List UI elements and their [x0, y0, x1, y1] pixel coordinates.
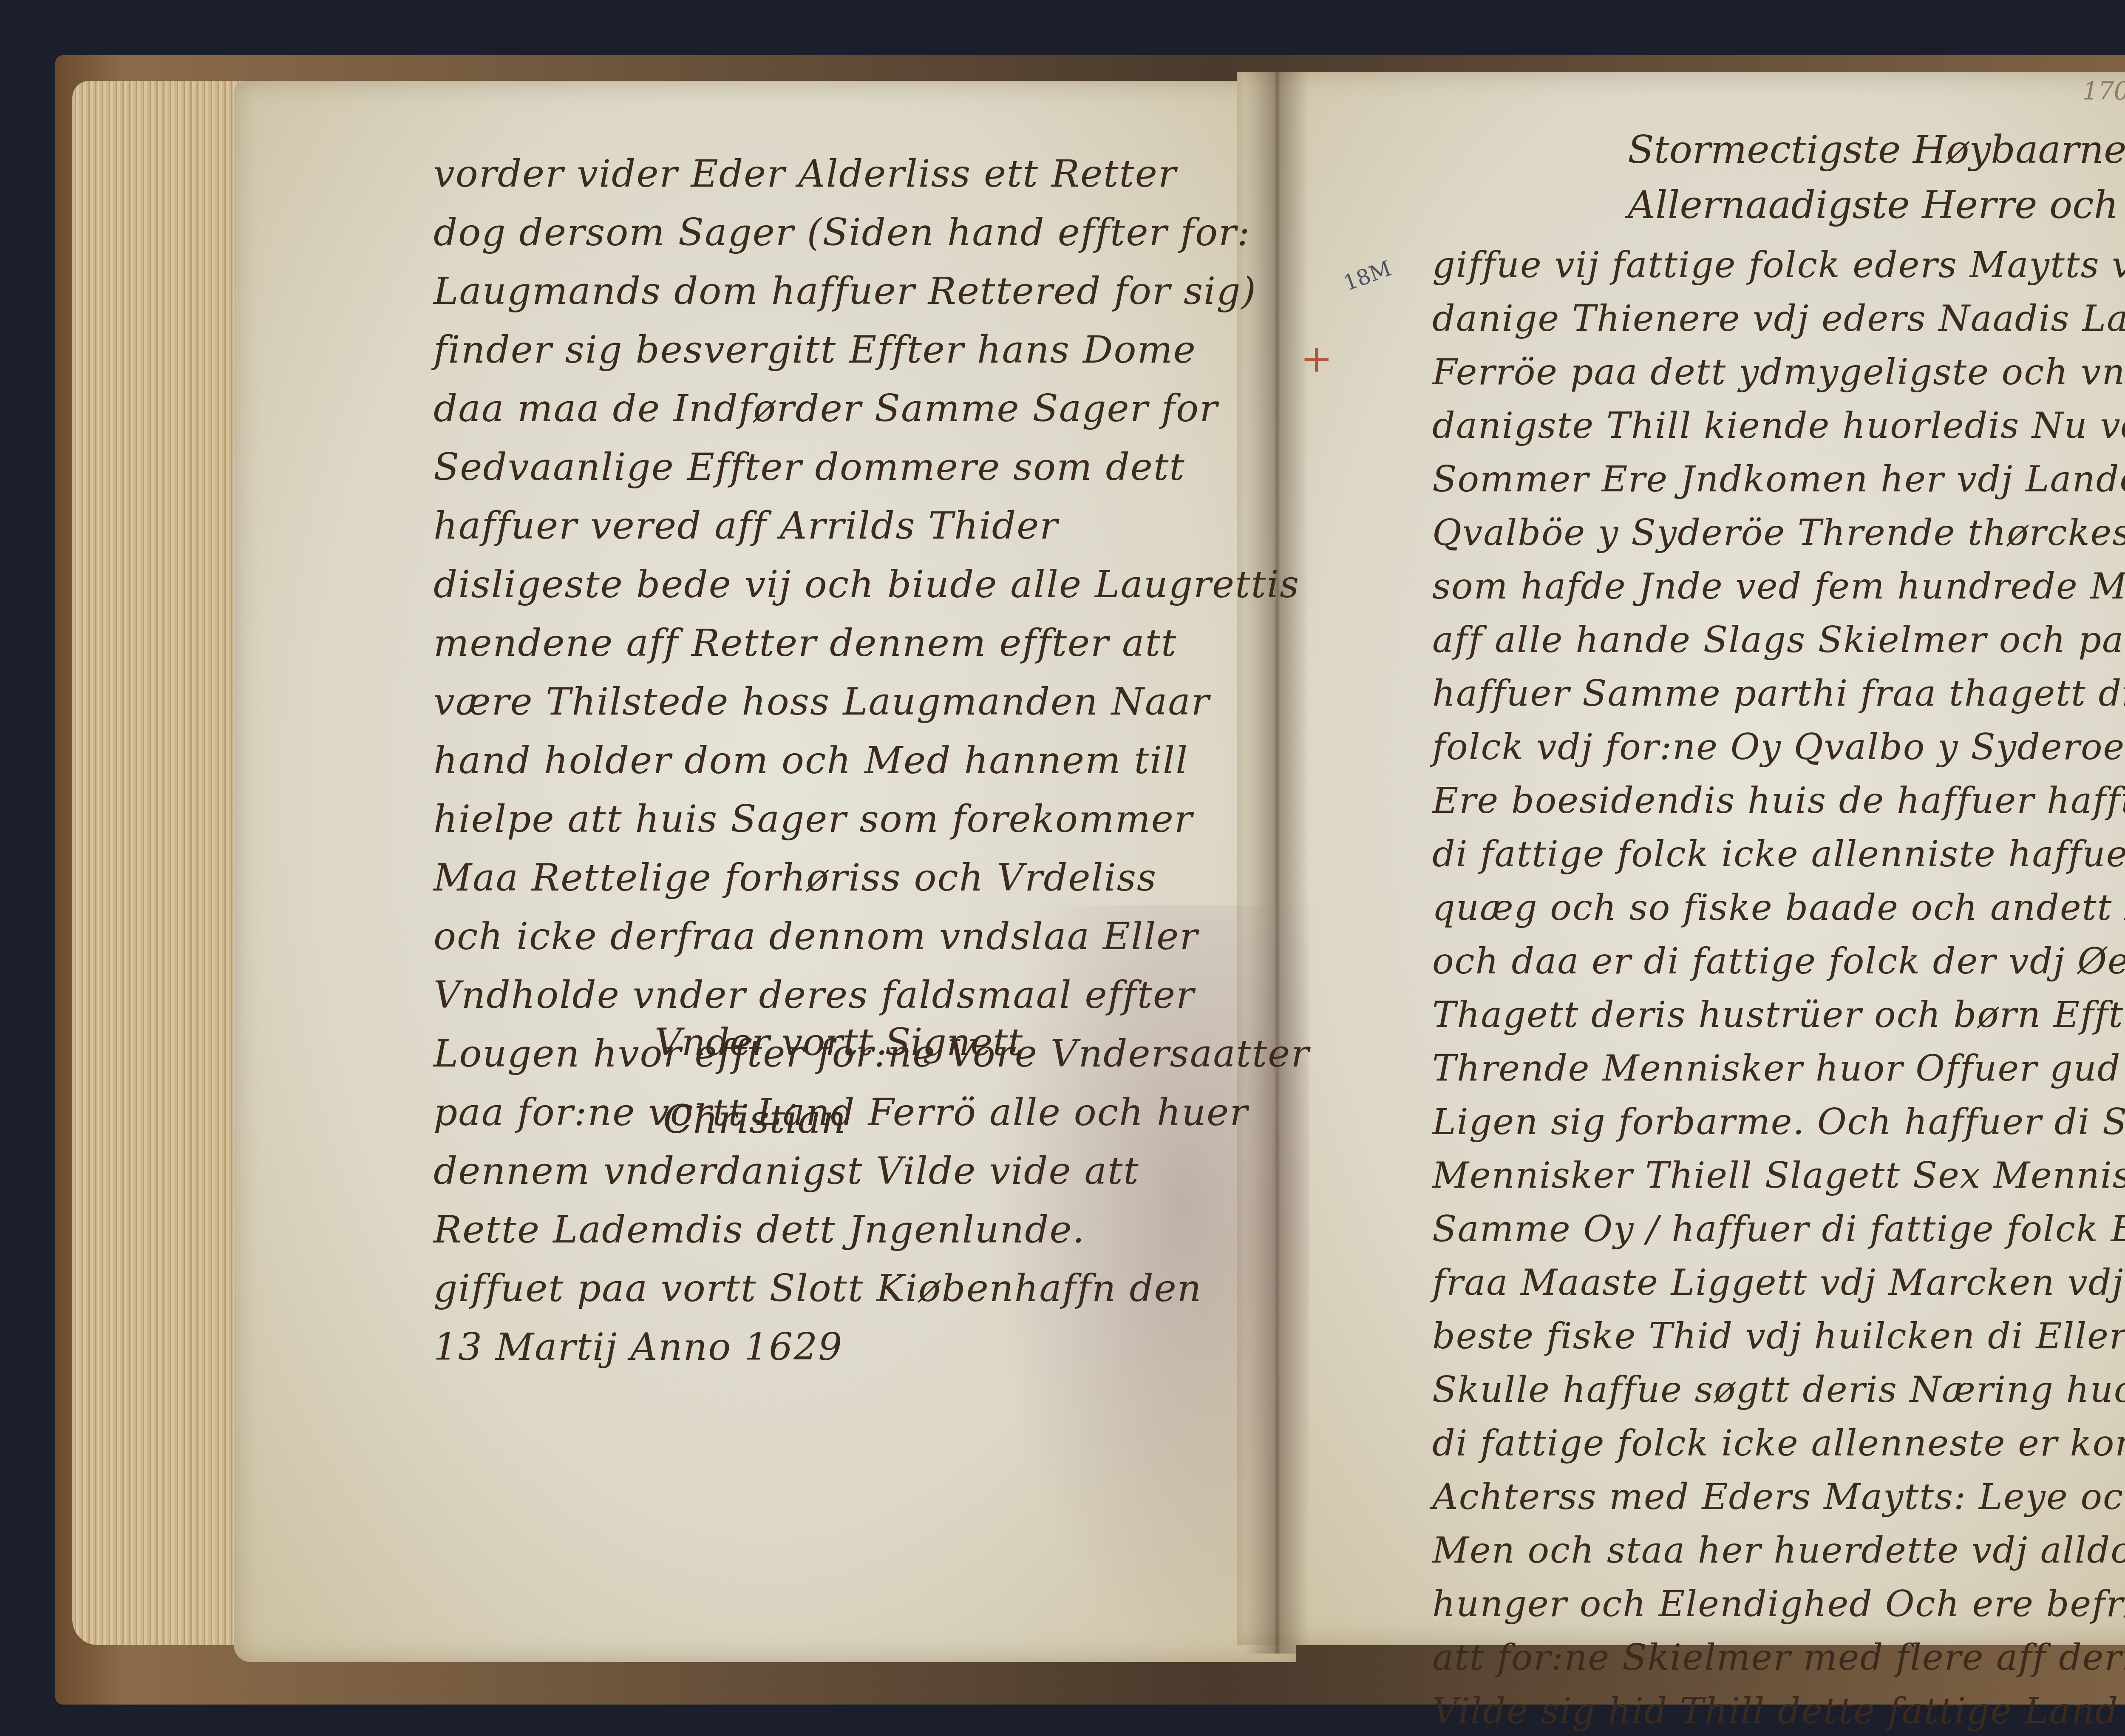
salutation-line-2: Allernaadigste Herre och Konning: [1628, 183, 2125, 227]
left-page-text: vorder vider Eder Alderliss ett Retter d…: [433, 145, 1310, 1376]
manuscript-line: och daa er di fattige folck der vdj Øen …: [1432, 934, 2125, 988]
manuscript-line: haffuer Samme parthi fraa thagett di fat…: [1432, 667, 2125, 720]
manuscript-line: aff alle hande Slags Skielmer och parthi…: [1432, 613, 2125, 667]
manuscript-line: hand holder dom och Med hannem till: [433, 731, 1310, 790]
manuscript-line: Maa Rettelige forhøriss och Vrdeliss: [433, 848, 1310, 907]
manuscript-line: Samme Oy / haffuer di fattige folck Endo…: [1432, 1202, 2125, 1256]
manuscript-line: Thagett deris hustrüer och børn Effter: [1432, 988, 2125, 1041]
manuscript-line: Ligen sig forbarme. Och haffuer di Samme: [1432, 1095, 2125, 1149]
manuscript-line: beste fiske Thid vdj huilcken di Ellers: [1432, 1309, 2125, 1363]
manuscript-line: Vilde sig hid Thill dette fattige Land N…: [1432, 1684, 2125, 1736]
manuscript-line: att for:ne Skielmer med flere aff deriss…: [1432, 1631, 2125, 1684]
manuscript-line: Rette Lademdis dett Jngenlunde.: [433, 1200, 1310, 1259]
manuscript-line: Thrende Mennisker huor Offuer gud Naade: [1432, 1041, 2125, 1095]
manuscript-line: haffuer vered aff Arrilds Thider: [433, 496, 1310, 555]
manuscript-line: Mennisker Thiell Slagett Sex Mennisker v…: [1432, 1149, 2125, 1202]
manuscript-line: di fattige folck icke allenniste haffuer…: [1432, 827, 2125, 881]
manuscript-line: danige Thienere vdj eders Naadis Land oc…: [1432, 292, 2125, 345]
manuscript-line: Ere boesidendis huis de haffuer hafft hu…: [1432, 774, 2125, 827]
manuscript-line: disligeste bede vij och biude alle Laugr…: [433, 555, 1310, 614]
salutation-line-1: Stormectigste Høybaarne Første: [1628, 128, 2125, 172]
manuscript-line: vorder vider Eder Alderliss ett Retter: [433, 145, 1310, 203]
folio-number: 170: [2082, 77, 2125, 105]
right-page-text: giffue vij fattige folck eders Maytts vn…: [1432, 238, 2125, 1736]
manuscript-line: være Thilstede hoss Laugmanden Naar: [433, 672, 1310, 731]
manuscript-line: quæg och so fiske baade och andett Meer …: [1432, 881, 2125, 934]
manuscript-line: Vndholde vnder deres faldsmaal effter: [433, 966, 1310, 1024]
red-cross-mark-icon: +: [1300, 340, 1332, 378]
manuscript-line: paa for:ne vortt Land Ferrö alle och hue…: [433, 1083, 1310, 1142]
manuscript-line: och icke derfraa dennom vndslaa Eller: [433, 907, 1310, 966]
manuscript-line: Sedvaanlige Effter dommere som dett: [433, 438, 1310, 496]
date-line: giffuet paa vortt Slott Kiøbenhaffn den: [433, 1259, 1310, 1318]
manuscript-line: som hafde Jnde ved fem hundrede Mand: [1432, 559, 2125, 613]
manuscript-line: mendene aff Retter dennem effter att: [433, 614, 1310, 672]
manuscript-line: Skulle haffue søgtt deris Næring huoraff…: [1432, 1363, 2125, 1416]
manuscript-line: daa maa de Indførder Samme Sager for: [433, 379, 1310, 438]
signature: Christian: [663, 1097, 846, 1142]
manuscript-line: hunger och Elendighed Och ere befrøctend…: [1432, 1577, 2125, 1631]
manuscript-line: Men och staa her huerdette vdj alldomstø…: [1432, 1523, 2125, 1577]
manuscript-line: Ferröe paa dett ydmygeligste och vnder: [1432, 345, 2125, 399]
manuscript-line: finder sig besvergitt Effter hans Dome: [433, 321, 1310, 379]
date-line: 13 Martij Anno 1629: [433, 1318, 1310, 1376]
manuscript-line: fraa Maaste Liggett vdj Marcken vdj den: [1432, 1256, 2125, 1309]
manuscript-line: Laugmands dom haffuer Rettered for sig): [433, 262, 1310, 321]
manuscript-line: Qvalböe y Syderöe Thrende thørckeske Ski…: [1432, 506, 2125, 559]
manuscript-line: Achterss med Eders Maytts: Leye och Land…: [1432, 1470, 2125, 1523]
manuscript-line: Sommer Ere Jndkomen her vdj Landett vdj: [1432, 452, 2125, 506]
closing-formula: Vnder vortt Signett: [654, 1020, 1023, 1064]
manuscript-line: giffue vij fattige folck eders Maytts vn…: [1432, 238, 2125, 292]
manuscript-line: dog dersom Sager (Siden hand effter for:: [433, 203, 1310, 262]
manuscript-line: folck vdj for:ne Oy Qvalbo y Syderoe som…: [1432, 720, 2125, 774]
manuscript-line: dennem vnderdanigst Vilde vide att: [433, 1142, 1310, 1200]
manuscript-line: danigste Thill kiende huorledis Nu vdj d…: [1432, 399, 2125, 452]
manuscript-line: hielpe att huis Sager som forekommer: [433, 790, 1310, 848]
manuscript-line: di fattige folck icke allenneste er komm…: [1432, 1416, 2125, 1470]
